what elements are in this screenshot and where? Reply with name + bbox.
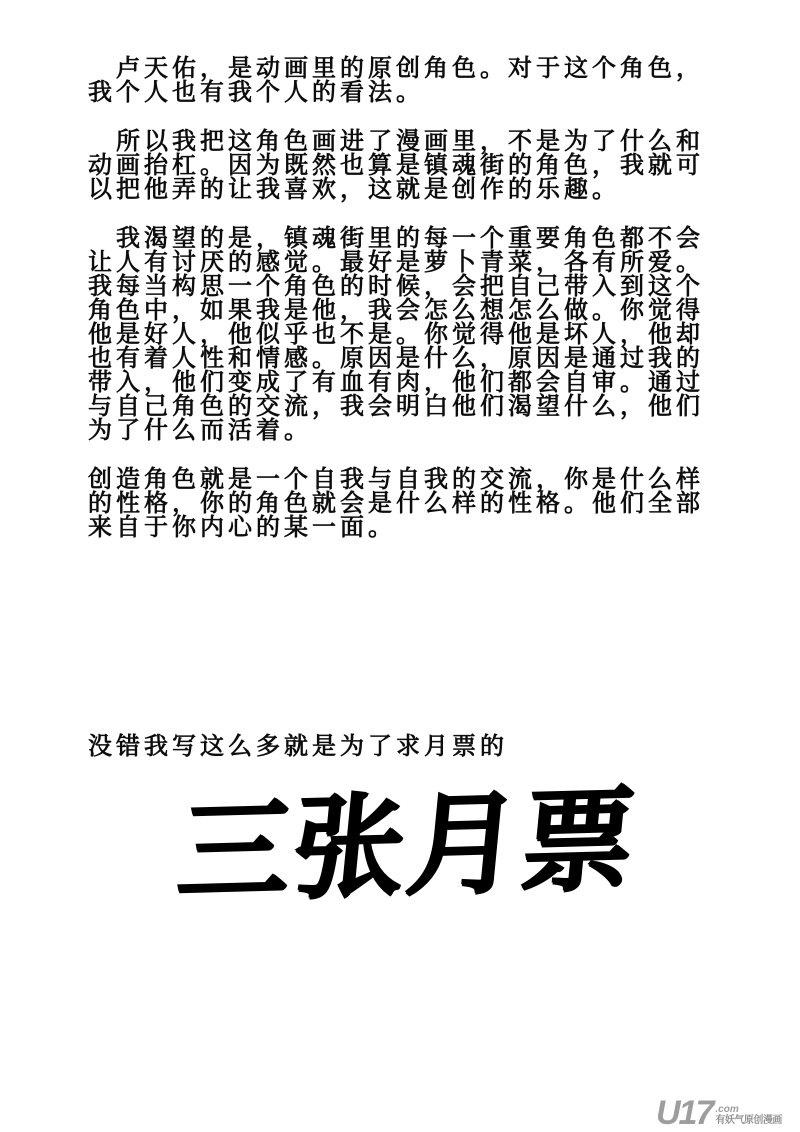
paragraph-2: 所以我把这角色画进了漫画里，不是为了什么和 动画抬杠。因为既然也算是镇魂街的角色… <box>88 130 764 202</box>
u17-site-name: 有妖气原创漫画 <box>715 1115 782 1127</box>
u17-watermark-text: .com 有妖气原创漫画 <box>715 1105 782 1127</box>
paragraph-3: 我渴望的是，镇魂街里的每一个重要角色都不会 让人有讨厌的感觉。最好是萝卜青菜，各… <box>88 227 764 443</box>
u17-logo: U17 <box>656 1100 712 1127</box>
author-note-text: 卢天佑，是动画里的原创角色。对于这个角色， 我个人也有我个人的看法。 所以我把这… <box>88 57 764 565</box>
calligraphy-three-monthly-tickets: 三张月票 <box>171 770 646 922</box>
u17-watermark: U17 .com 有妖气原创漫画 <box>656 1100 782 1127</box>
manga-author-note-page: 卢天佑，是动画里的原创角色。对于这个角色， 我个人也有我个人的看法。 所以我把这… <box>0 0 800 1132</box>
paragraph-1: 卢天佑，是动画里的原创角色。对于这个角色， 我个人也有我个人的看法。 <box>88 57 764 105</box>
paragraph-4: 创造角色就是一个自我与自我的交流，你是什么样 的性格，你的角色就会是什么样的性格… <box>88 468 764 540</box>
monthly-ticket-request-line: 没错我写这么多就是为了求月票的 <box>88 735 508 759</box>
u17-domain-suffix: .com <box>715 1105 738 1115</box>
